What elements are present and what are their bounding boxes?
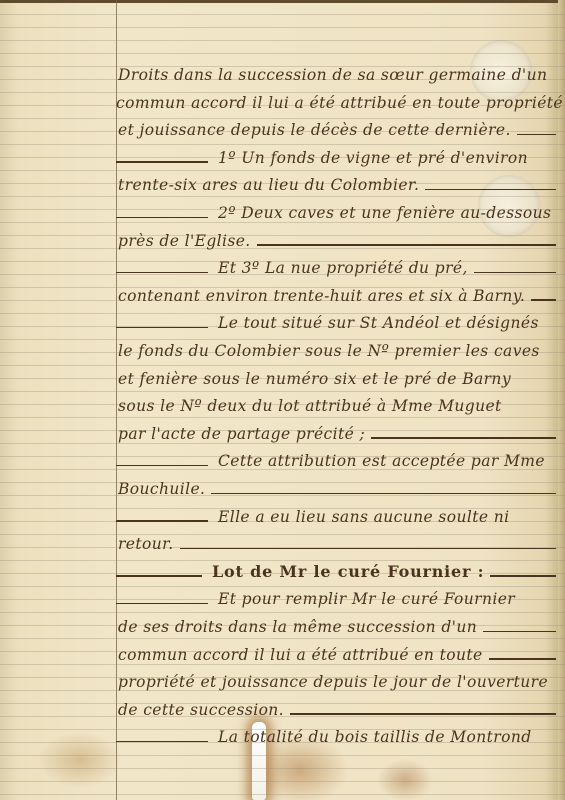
ruled-line [0, 222, 565, 223]
line-text: Bouchuile. [118, 480, 205, 498]
ruled-line [0, 196, 565, 197]
ruled-line [0, 755, 565, 756]
leading-filler-dash [116, 272, 208, 274]
manuscript-line: Le tout situé sur St Andéol et désignés [116, 308, 556, 332]
manuscript-line: Bouchuile. [116, 474, 556, 498]
manuscript-line: sous le Nº deux du lot attribué à Mme Mu… [116, 391, 556, 415]
leading-filler-dash [116, 327, 208, 329]
trailing-filler-dash [490, 575, 556, 577]
trailing-filler-dash [371, 437, 556, 439]
line-text: contenant environ trente-huit ares et si… [118, 287, 525, 305]
line-text: sous le Nº deux du lot attribué à Mme Mu… [118, 397, 502, 415]
trailing-filler-dash [474, 272, 556, 274]
leading-filler-dash [116, 575, 202, 577]
line-text: retour. [118, 535, 174, 553]
manuscript-line: près de l'Eglise. [116, 226, 556, 250]
trailing-filler-dash [483, 631, 556, 633]
trailing-filler-dash [489, 658, 556, 660]
line-text: propriété et jouissance depuis le jour d… [118, 673, 548, 691]
manuscript-line: de cette succession. [116, 695, 556, 719]
ruled-line [0, 27, 565, 28]
manuscript-line: contenant environ trente-huit ares et si… [116, 281, 556, 305]
line-text: de ses droits dans la même succession d'… [118, 618, 477, 636]
manuscript-line: commun accord il lui a été attribué en t… [116, 640, 556, 664]
manuscript-line: Cette attribution est acceptée par Mme [116, 446, 556, 470]
manuscript-line: Et 3º La nue propriété du pré, [116, 253, 556, 277]
manuscript-line: et jouissance depuis le décès de cette d… [116, 115, 556, 139]
trailing-filler-dash [531, 299, 556, 301]
line-text: Lot de Mr le curé Fournier : [212, 562, 484, 581]
leading-filler-dash [116, 520, 208, 522]
line-text: La totalité du bois taillis de Montrond [218, 728, 532, 746]
manuscript-line: commun accord il lui a été attribué en t… [116, 88, 556, 112]
trailing-filler-dash [290, 713, 556, 715]
line-text: et fenière sous le numéro six et le pré … [118, 370, 511, 388]
ruled-line [0, 781, 565, 782]
ruled-line [0, 53, 565, 54]
manuscript-line: La totalité du bois taillis de Montrond [116, 722, 556, 746]
manuscript-line: trente-six ares au lieu du Colombier. [116, 170, 556, 194]
page-top-edge [0, 0, 565, 3]
trailing-filler-dash [517, 134, 556, 136]
ruled-line [0, 664, 565, 665]
line-text: 1º Un fonds de vigne et pré d'environ [218, 149, 528, 167]
manuscript-line: par l'acte de partage précité ; [116, 419, 556, 443]
line-text: commun accord il lui a été attribué en t… [118, 646, 483, 664]
manuscript-line: Et pour remplir Mr le curé Fournier [116, 584, 556, 608]
manuscript-line: de ses droits dans la même succession d'… [116, 612, 556, 636]
trailing-filler-dash [425, 189, 556, 191]
line-text: par l'acte de partage précité ; [118, 425, 365, 443]
leading-filler-dash [116, 161, 208, 163]
line-text: Droits dans la succession de sa sœur ger… [118, 66, 547, 84]
line-text: trente-six ares au lieu du Colombier. [118, 176, 419, 194]
manuscript-line: 1º Un fonds de vigne et pré d'environ [116, 143, 556, 167]
line-text: près de l'Eglise. [118, 232, 251, 250]
ruled-line [0, 40, 565, 41]
section-heading-line: Lot de Mr le curé Fournier : [116, 557, 556, 581]
line-text: Et pour remplir Mr le curé Fournier [218, 590, 515, 608]
leading-filler-dash [116, 603, 208, 605]
manuscript-line: retour. [116, 529, 556, 553]
line-text: Le tout situé sur St Andéol et désignés [218, 314, 539, 332]
manuscript-line: le fonds du Colombier sous le Nº premier… [116, 336, 556, 360]
manuscript-line: 2º Deux caves et une fenière au-dessous [116, 198, 556, 222]
trailing-filler-dash [257, 244, 556, 246]
line-text: et jouissance depuis le décès de cette d… [118, 121, 511, 139]
trailing-filler-dash [180, 548, 556, 550]
line-text: de cette succession. [118, 701, 284, 719]
manuscript-line: Droits dans la succession de sa sœur ger… [116, 60, 556, 84]
line-text: le fonds du Colombier sous le Nº premier… [118, 342, 540, 360]
page-binding-edge [558, 0, 565, 800]
trailing-filler-dash [211, 493, 556, 495]
ruled-line [0, 768, 565, 769]
ruled-line [0, 794, 565, 795]
leading-filler-dash [116, 465, 208, 467]
line-text: Elle a eu lieu sans aucune soulte ni [218, 508, 510, 526]
line-text: Et 3º La nue propriété du pré, [218, 259, 468, 277]
manuscript-line: Elle a eu lieu sans aucune soulte ni [116, 502, 556, 526]
leading-filler-dash [116, 741, 208, 743]
line-text: commun accord il lui a été attribué en t… [116, 94, 563, 112]
leading-filler-dash [116, 217, 208, 219]
manuscript-line: et fenière sous le numéro six et le pré … [116, 364, 556, 388]
ruled-line [0, 14, 565, 15]
ruled-line [0, 443, 565, 444]
manuscript-line: propriété et jouissance depuis le jour d… [116, 667, 556, 691]
line-text: 2º Deux caves et une fenière au-dessous [218, 204, 551, 222]
manuscript-page: Droits dans la succession de sa sœur ger… [0, 0, 565, 800]
line-text: Cette attribution est acceptée par Mme [218, 452, 545, 470]
